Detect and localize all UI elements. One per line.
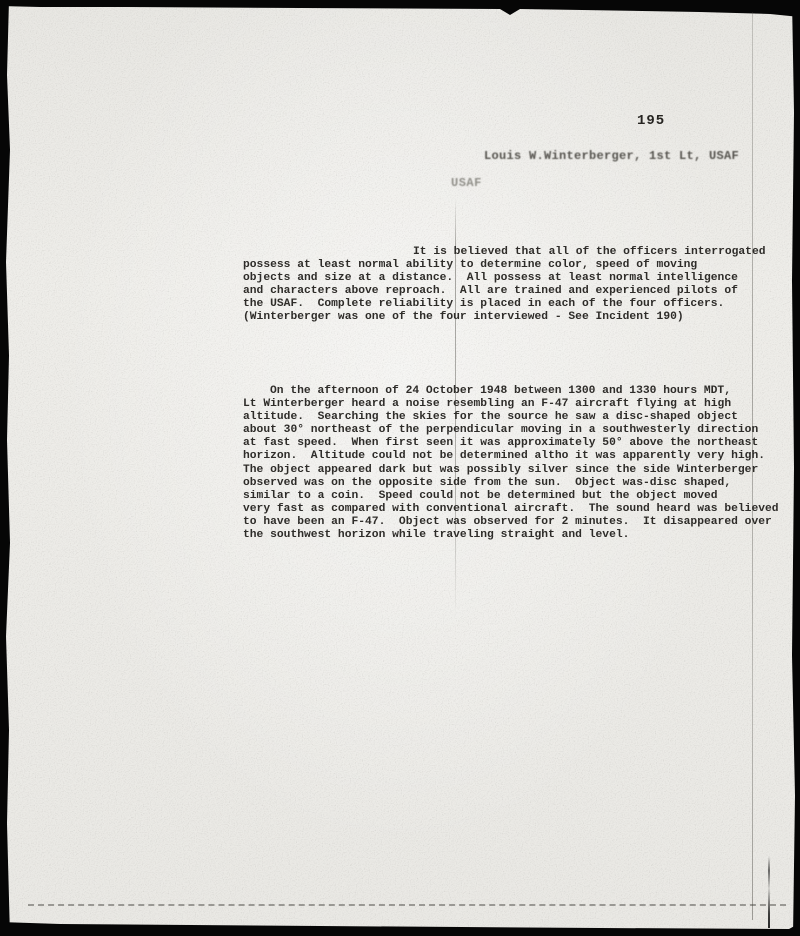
text-line: On the afternoon of 24 October 1948 betw… xyxy=(243,385,783,398)
officer-name-line: Louis W.Winterberger, 1st Lt, USAF xyxy=(484,149,739,163)
text-line: very fast as compared with conventional … xyxy=(243,503,783,516)
page-number: 195 xyxy=(637,113,665,129)
paragraph-sighting: On the afternoon of 24 October 1948 betw… xyxy=(243,385,783,542)
text-line: It is believed that all of the officers … xyxy=(243,246,783,259)
text-line: about 30° northeast of the perpendicular… xyxy=(243,424,783,437)
perforation-dashed-line xyxy=(28,904,786,906)
faded-usaf-text: USAF xyxy=(451,176,482,190)
smudge-mark xyxy=(768,856,770,928)
text-line: altitude. Searching the skies for the so… xyxy=(243,411,783,424)
text-line: and characters above reproach. All are t… xyxy=(243,285,783,298)
text-line: The object appeared dark but was possibl… xyxy=(243,464,783,477)
text-line: (Winterberger was one of the four interv… xyxy=(243,311,783,324)
text-line: possess at least normal ability to deter… xyxy=(243,259,783,272)
text-line: similar to a coin. Speed could not be de… xyxy=(243,490,783,503)
text-line: the USAF. Complete reliability is placed… xyxy=(243,298,783,311)
document-page: 195 Louis W.Winterberger, 1st Lt, USAF U… xyxy=(0,0,800,936)
text-line: at fast speed. When first seen it was ap… xyxy=(243,437,783,450)
text-line: horizon. Altitude could not be determine… xyxy=(243,450,783,463)
scan-edge-right xyxy=(790,0,800,936)
text-line: objects and size at a distance. All poss… xyxy=(243,272,783,285)
text-line: the southwest horizon while traveling st… xyxy=(243,529,783,542)
text-line: to have been an F-47. Object was observe… xyxy=(243,516,783,529)
text-line: Lt Winterberger heard a noise resembling… xyxy=(243,398,783,411)
scan-edge-left xyxy=(0,0,11,936)
text-line: observed was on the opposite side from t… xyxy=(243,477,783,490)
scan-edge-top xyxy=(0,0,800,18)
scan-edge-bottom xyxy=(0,919,800,936)
paragraph-reliability: It is believed that all of the officers … xyxy=(243,246,783,325)
